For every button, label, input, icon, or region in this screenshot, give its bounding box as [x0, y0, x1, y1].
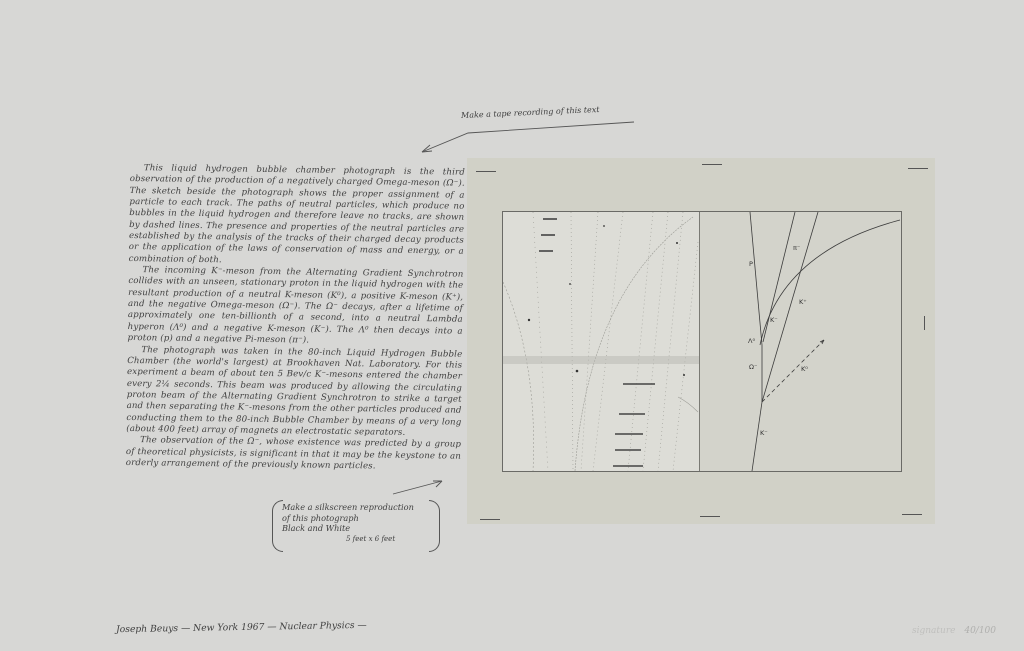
note-line: Make a silkscreen reproduction: [282, 502, 414, 513]
label-lambda-zero: Λ⁰: [748, 337, 755, 345]
paper-sheet: Make a tape recording of this text This …: [0, 0, 1024, 651]
essay-paragraph: The photograph was taken in the 80-inch …: [126, 344, 462, 439]
label-k-minus-lower: K⁻: [760, 429, 768, 437]
signature-text: signature: [912, 626, 955, 636]
essay-text: This liquid hydrogen bubble chamber phot…: [126, 163, 465, 474]
label-omega-minus: Ω⁻: [749, 363, 757, 371]
arrow-icon: [410, 105, 650, 165]
track-sketch: P π⁻ K⁺ K⁻ Λ⁰ Ω⁻ K⁰ K⁻: [700, 212, 901, 471]
particle-tracks-photo: [503, 212, 699, 471]
paren-right: [429, 500, 440, 552]
label-proton: P: [749, 260, 753, 268]
track-diagram: [700, 212, 901, 471]
registration-mark: [702, 164, 722, 165]
essay-paragraph: The incoming K⁻-meson from the Alternati…: [127, 265, 463, 349]
note-line: of this photograph: [282, 513, 414, 524]
registration-mark: [902, 514, 922, 515]
label-k-zero: K⁰: [801, 365, 808, 373]
note-line: 5 feet x 6 feet: [282, 534, 414, 545]
edition-number: 40/100: [964, 626, 996, 636]
essay-paragraph: This liquid hydrogen bubble chamber phot…: [129, 163, 465, 270]
arrow-icon: [390, 478, 450, 498]
bubble-chamber-photo: [503, 212, 700, 471]
registration-mark: [480, 519, 500, 520]
photo-frame: P π⁻ K⁺ K⁻ Λ⁰ Ω⁻ K⁰ K⁻: [502, 211, 902, 472]
registration-mark: [908, 168, 928, 169]
label-pi-minus: π⁻: [793, 244, 800, 252]
registration-mark: [476, 171, 496, 172]
label-k-minus-upper: K⁻: [770, 316, 778, 324]
silkscreen-note: Make a silkscreen reproduction of this p…: [272, 500, 440, 550]
note-line: Black and White: [282, 523, 414, 534]
registration-mark: [700, 516, 720, 517]
artist-signature: signature 40/100: [912, 626, 996, 636]
registration-mark: [924, 316, 925, 330]
footer-caption: Joseph Beuys — New York 1967 — Nuclear P…: [116, 620, 367, 635]
essay-paragraph: The observation of the Ω⁻, whose existen…: [126, 435, 461, 474]
label-k-plus: K⁺: [799, 298, 807, 306]
